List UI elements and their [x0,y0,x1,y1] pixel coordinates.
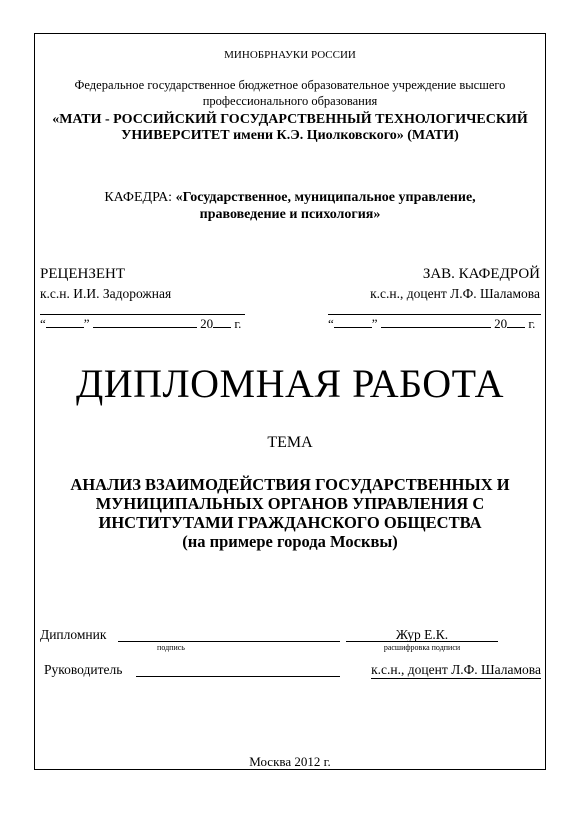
reviewer-name: к.с.н. И.И. Задорожная [40,286,171,302]
head-date-field: “” 20 г. [328,316,535,332]
student-label: Дипломник [40,627,106,643]
reviewer-role: РЕЦЕНЗЕНТ [40,266,125,283]
topic-label: ТЕМА [34,434,546,452]
department-name-line-2: правоведение и психология» [200,207,381,222]
university-line-1: «МАТИ - РОССИЙСКИЙ ГОСУДАРСТВЕННЫЙ ТЕХНО… [34,112,546,128]
document-title: ДИПЛОМНАЯ РАБОТА [34,360,546,407]
reviewer-signature-line [40,314,245,315]
topic-line-3: ИНСТИТУТАМИ ГРАЖДАНСКОГО ОБЩЕСТВА [34,513,546,532]
decoding-caption: расшифровка подписи [346,643,498,652]
supervisor-name: к.с.н., доцент Л.Ф. Шаламова [346,662,541,679]
reviewer-date-field: “” 20 г. [40,316,241,332]
department-name-line-1: «Государственное, муниципальное управлен… [176,190,476,205]
thesis-topic: АНАЛИЗ ВЗАИМОДЕЙСТВИЯ ГОСУДАРСТВЕННЫХ И … [34,475,546,551]
department-label: КАФЕДРА: [104,190,175,205]
student-signature-line [118,641,340,642]
institution-type: Федеральное государственное бюджетное об… [34,77,546,109]
head-signature-line [328,314,541,315]
university-name: «МАТИ - РОССИЙСКИЙ ГОСУДАРСТВЕННЫЙ ТЕХНО… [34,112,546,144]
institution-line-2: профессионального образования [34,93,546,109]
student-name-line [346,641,498,642]
institution-line-1: Федеральное государственное бюджетное об… [34,77,546,93]
topic-line-2: МУНИЦИПАЛЬНЫХ ОРГАНОВ УПРАВЛЕНИЯ С [34,494,546,513]
department: КАФЕДРА: «Государственное, муниципальное… [34,189,546,223]
topic-line-4: (на примере города Москвы) [34,532,546,551]
head-role: ЗАВ. КАФЕДРОЙ [423,266,540,283]
topic-line-1: АНАЛИЗ ВЗАИМОДЕЙСТВИЯ ГОСУДАРСТВЕННЫХ И [34,475,546,494]
supervisor-label: Руководитель [44,662,122,678]
signature-caption: подпись [118,643,224,652]
university-line-2: УНИВЕРСИТЕТ имени К.Э. Циолковского» (МА… [34,128,546,144]
head-name: к.с.н., доцент Л.Ф. Шаламова [370,286,540,302]
supervisor-signature-line [136,676,340,677]
ministry-name: МИНОБРНАУКИ РОССИИ [34,49,546,61]
city-year: Москва 2012 г. [34,754,546,770]
